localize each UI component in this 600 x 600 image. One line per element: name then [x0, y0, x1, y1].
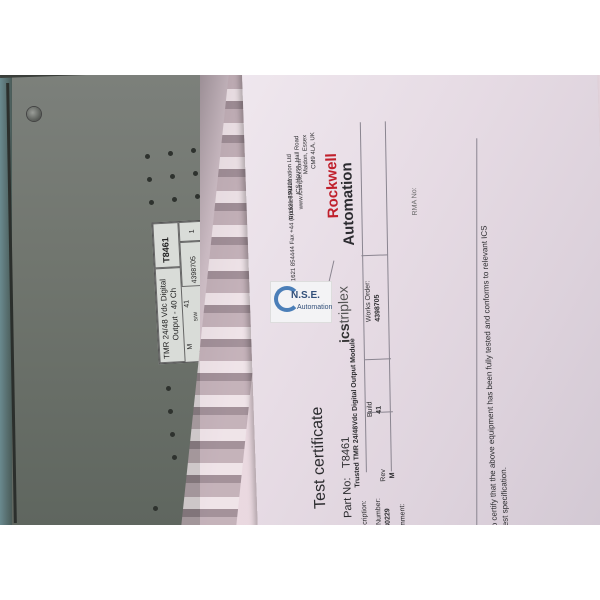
vent-hole-icon: [170, 432, 175, 437]
vent-hole-icon: [149, 200, 154, 205]
works-order-value: 4398705: [374, 294, 382, 321]
table-line: [361, 254, 387, 256]
module-works-order: 4398705: [190, 256, 198, 284]
screw-icon: [27, 107, 41, 121]
rev-value: M: [389, 472, 396, 478]
module-part-number: T8461: [160, 237, 171, 263]
watermark-line1: N.S.E.: [291, 290, 320, 301]
watermark-line2: Automation: [297, 304, 332, 311]
comment-label: Comment:: [399, 504, 407, 525]
vent-hole-icon: [166, 386, 171, 391]
vent-hole-icon: [191, 148, 196, 153]
statement-divider: [476, 138, 477, 525]
module-sw-label: S/W: [193, 312, 199, 322]
vent-hole-icon: [168, 409, 173, 414]
certificate-title: Test certificate: [309, 406, 331, 509]
cert-address-line3: CM9 4LA, UK: [310, 132, 317, 169]
part-no-value: T8461: [340, 437, 353, 469]
serial-value: B12080229: [384, 508, 392, 525]
table-line: [385, 121, 392, 471]
module-sw-value: 41: [183, 300, 190, 308]
vent-hole-icon: [153, 506, 158, 511]
vent-hole-icon: [168, 151, 173, 156]
vent-hole-icon: [172, 197, 177, 202]
product-photo: T8461 1 4398705 TMR 24/48 Vdc Digital Ou…: [0, 75, 600, 525]
vent-hole-icon: [172, 455, 177, 460]
brand-divider: [328, 261, 334, 283]
serial-label: Serial Number:: [375, 498, 384, 525]
vent-hole-icon: [145, 154, 150, 159]
description-label: Description:: [361, 500, 369, 525]
build-value: 41: [376, 406, 383, 414]
build-label: Build: [367, 401, 375, 417]
part-no-label: Part No:: [341, 477, 354, 518]
vent-hole-icon: [193, 171, 198, 176]
brand-automation: Automation: [338, 162, 358, 246]
vent-hole-icon: [170, 174, 175, 179]
vent-hole-icon: [147, 177, 152, 182]
statement-line1: This is to certify that the above equipm…: [479, 225, 499, 525]
rma-label: RMA No:: [411, 187, 419, 215]
module-qty: 1: [189, 229, 196, 233]
statement-line2: Triplex test specification.: [499, 467, 511, 525]
table-line: [365, 358, 391, 360]
nse-watermark-logo: N.S.E. Automation: [270, 281, 332, 323]
rev-label: Rev: [380, 469, 387, 482]
works-order-label: Works Order:: [364, 280, 372, 322]
brand-ics-triplex: icstriplex: [334, 286, 352, 343]
module-rev-value: M: [187, 344, 194, 350]
